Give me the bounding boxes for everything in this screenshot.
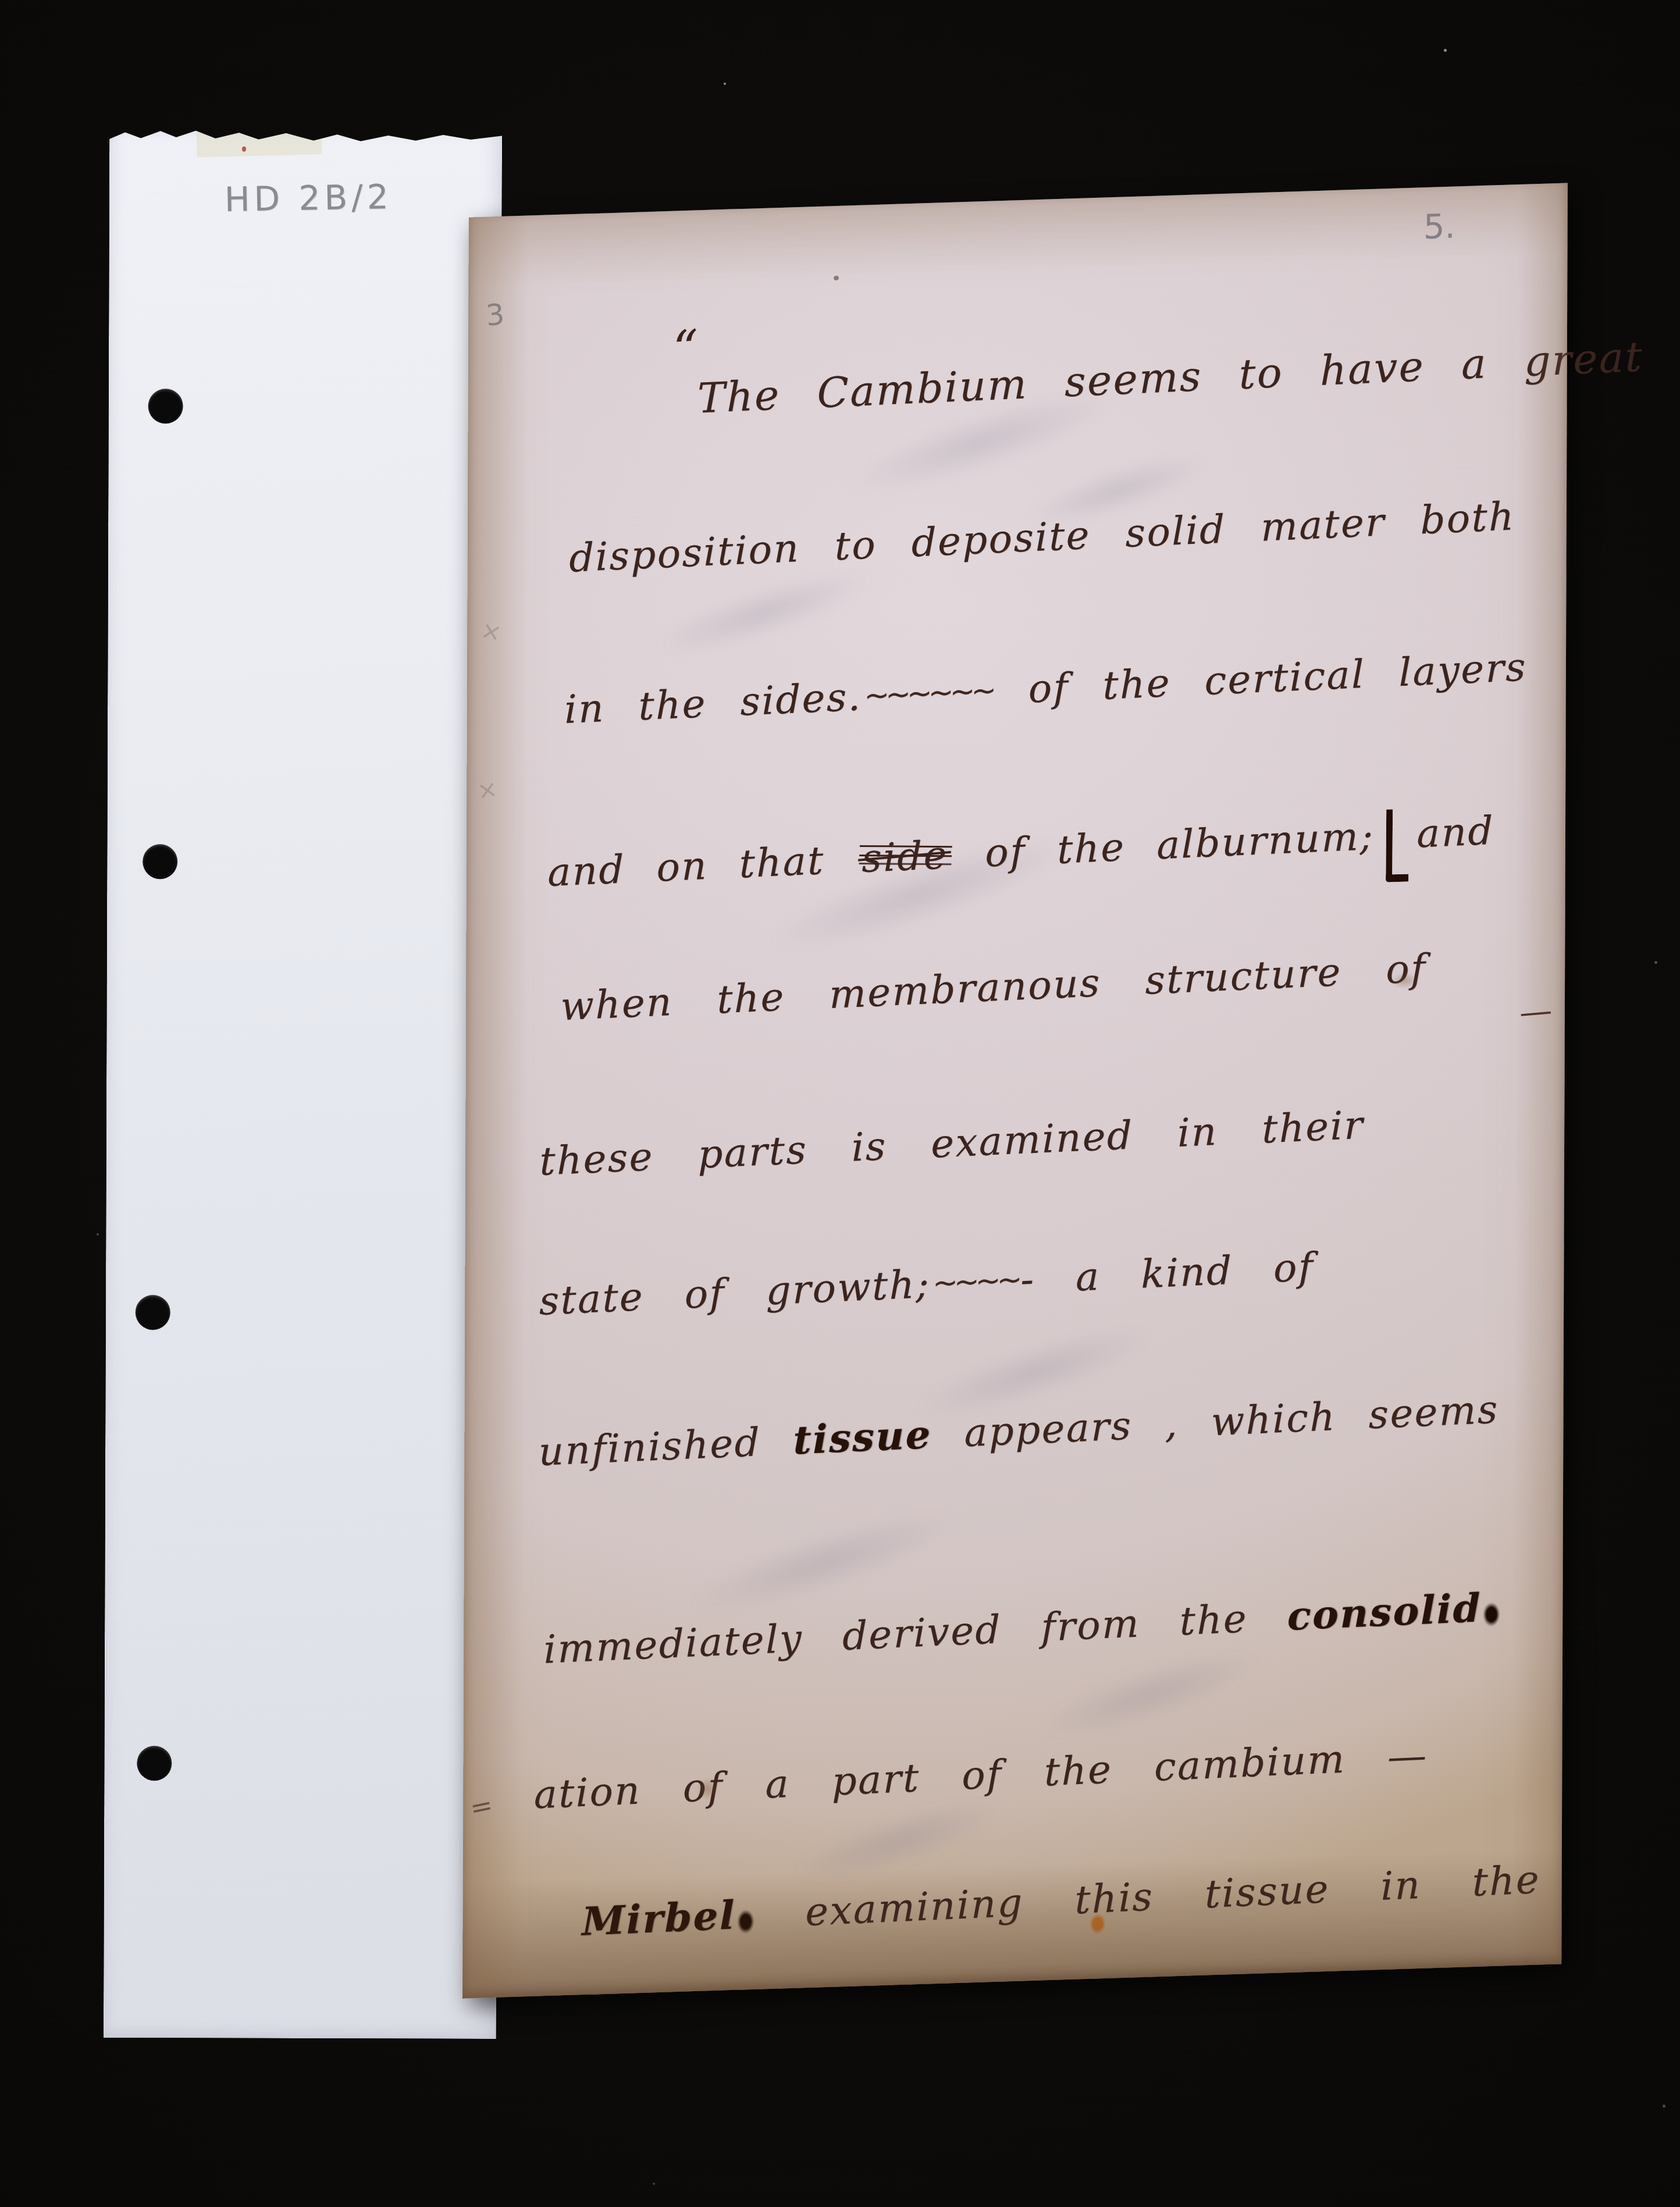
opening-quote-mark: “	[672, 319, 697, 379]
pencil-mark: ×	[475, 774, 500, 806]
blot: Mirbel	[582, 1891, 754, 1945]
folio-number-right: 5.	[1423, 206, 1456, 247]
manuscript-line: Mirbel examining this tissue in the	[582, 1858, 1541, 1944]
manuscript-line: immediately derived from the consolid	[543, 1586, 1500, 1672]
orange-stain	[1090, 1913, 1106, 1935]
handwritten-text: The Cambium seems to have a great	[697, 332, 1643, 422]
punch-hole	[143, 844, 177, 879]
struck: side	[862, 832, 948, 881]
manuscript-line: unfinished tissue appears , which seems	[538, 1388, 1499, 1474]
manuscript-line: in the sides.~~~~~~ of the certical laye…	[564, 646, 1527, 731]
handwritten-text: state of growth;	[539, 1261, 930, 1324]
scribble: ~~~~~~	[864, 672, 992, 714]
right-margin-dash: —	[1518, 992, 1553, 1033]
handwritten-text: appears , which seems	[931, 1387, 1499, 1457]
manuscript-line: when the membranous structure of	[560, 947, 1427, 1028]
dust-speck	[1654, 961, 1657, 964]
archive-reference-label: HD 2B/2	[224, 176, 417, 219]
manuscript-lines: The Cambium seems to have a greatdisposi…	[469, 183, 1568, 217]
dust-speck	[724, 83, 726, 85]
dust-speck	[97, 1233, 99, 1236]
punch-hole	[148, 389, 183, 423]
photograph: HD 2B/2 3 5. “ × × The Cambium seems to …	[0, 0, 1680, 2207]
manuscript-page: 3 5. “ × × The Cambium seems to have a g…	[462, 183, 1568, 1998]
handwritten-text: of the certical layers	[995, 644, 1528, 713]
punch-hole	[136, 1295, 170, 1330]
scribble: ~~~~	[932, 1262, 1019, 1301]
manuscript-line: these parts is examined in their	[539, 1104, 1364, 1184]
dust-speck	[1663, 2105, 1665, 2108]
manuscript-line: disposition to deposite solid mater both	[569, 495, 1515, 580]
handwritten-text: in the sides.	[564, 674, 862, 732]
handwritten-text: unfinished	[538, 1418, 793, 1475]
handwritten-text: these parts is examined in their	[539, 1102, 1364, 1184]
handwritten-text: disposition to deposite solid mater both	[569, 493, 1515, 581]
manuscript-line: and on that side of the alburnum;and	[547, 771, 1494, 895]
ink-speck	[834, 276, 839, 280]
handwritten-text: ation of a part of the cambium —	[533, 1732, 1428, 1817]
tape-remnant	[197, 129, 322, 157]
dust-speck	[1444, 49, 1447, 52]
handwritten-text: - a kind of	[1020, 1244, 1315, 1302]
manuscript-line: The Cambium seems to have a great	[697, 334, 1643, 421]
insert-mark	[1386, 809, 1409, 882]
margin-hyphen-mark: =	[468, 1789, 495, 1824]
pencil-mark: ×	[478, 615, 505, 647]
red-mark	[242, 147, 246, 152]
handwritten-text: and	[1416, 808, 1494, 857]
blot: tissue	[793, 1411, 932, 1464]
folio-number-left: 3	[485, 297, 506, 333]
blot: consolid	[1287, 1584, 1500, 1639]
punch-hole	[137, 1746, 172, 1781]
handwritten-text: immediately derived from the	[543, 1594, 1287, 1672]
handwritten-text: examining this tissue in the	[754, 1857, 1540, 1937]
manuscript-line: state of growth;~~~~- a kind of	[539, 1246, 1314, 1323]
handwritten-text: and on that	[547, 836, 856, 895]
dust-speck	[653, 2183, 655, 2185]
handwritten-text: of the alburnum;	[953, 813, 1374, 877]
manuscript-line: ation of a part of the cambium —	[533, 1734, 1428, 1817]
archival-strip: HD 2B/2	[104, 129, 502, 2039]
handwritten-text: when the membranous structure of	[560, 945, 1427, 1029]
